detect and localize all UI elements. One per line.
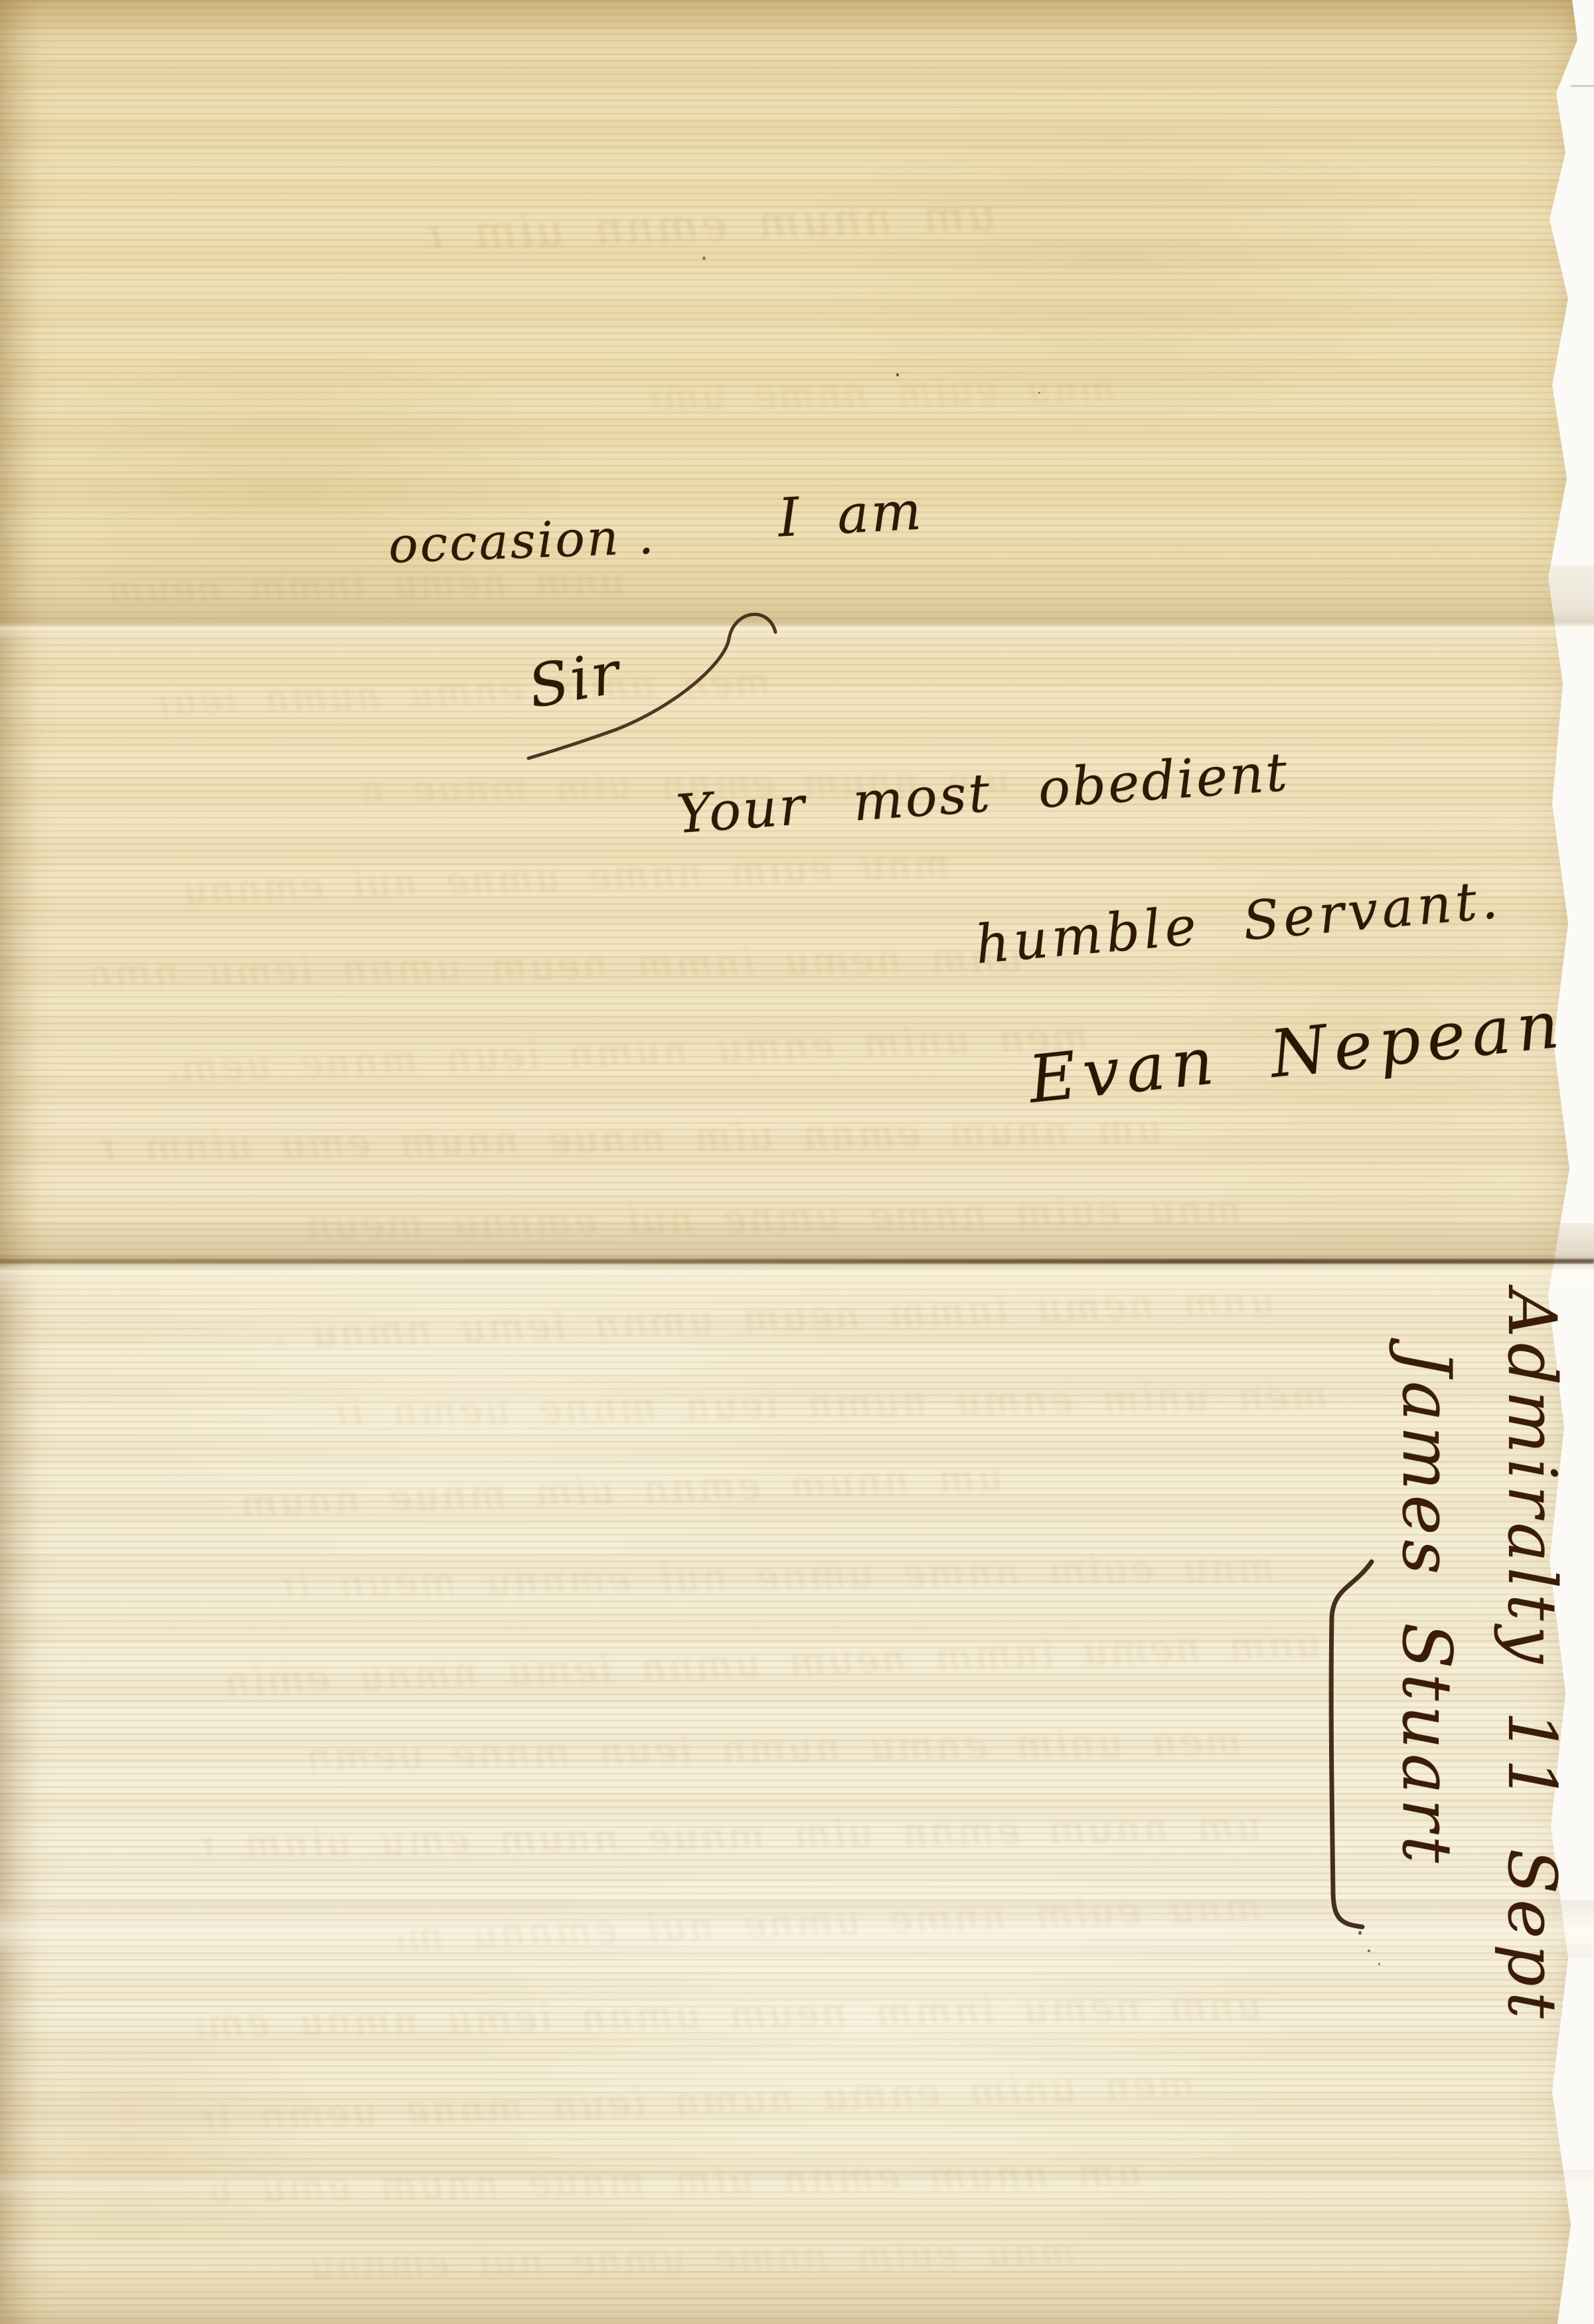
docket-line-name: James Stuart	[1387, 1349, 1466, 1868]
docket-line-admiralty-date: Admiralty 11 Sept	[1493, 1289, 1571, 2024]
ink-speck	[1368, 1950, 1370, 1952]
body-fragment-i-am: I am	[777, 479, 925, 548]
stain-speck	[702, 256, 706, 260]
ink-speck	[1378, 1963, 1380, 1965]
paper-sheet	[0, 0, 1594, 2324]
scanner-artifact-line	[1571, 85, 1594, 87]
letter-scan: um nnum emnn uim mnue nnum emu uinm num …	[0, 0, 1594, 2324]
ink-speck	[1358, 1931, 1362, 1935]
ink-speck	[896, 373, 899, 376]
ink-speck	[1038, 392, 1040, 394]
body-fragment-occasion: occasion .	[388, 508, 657, 574]
